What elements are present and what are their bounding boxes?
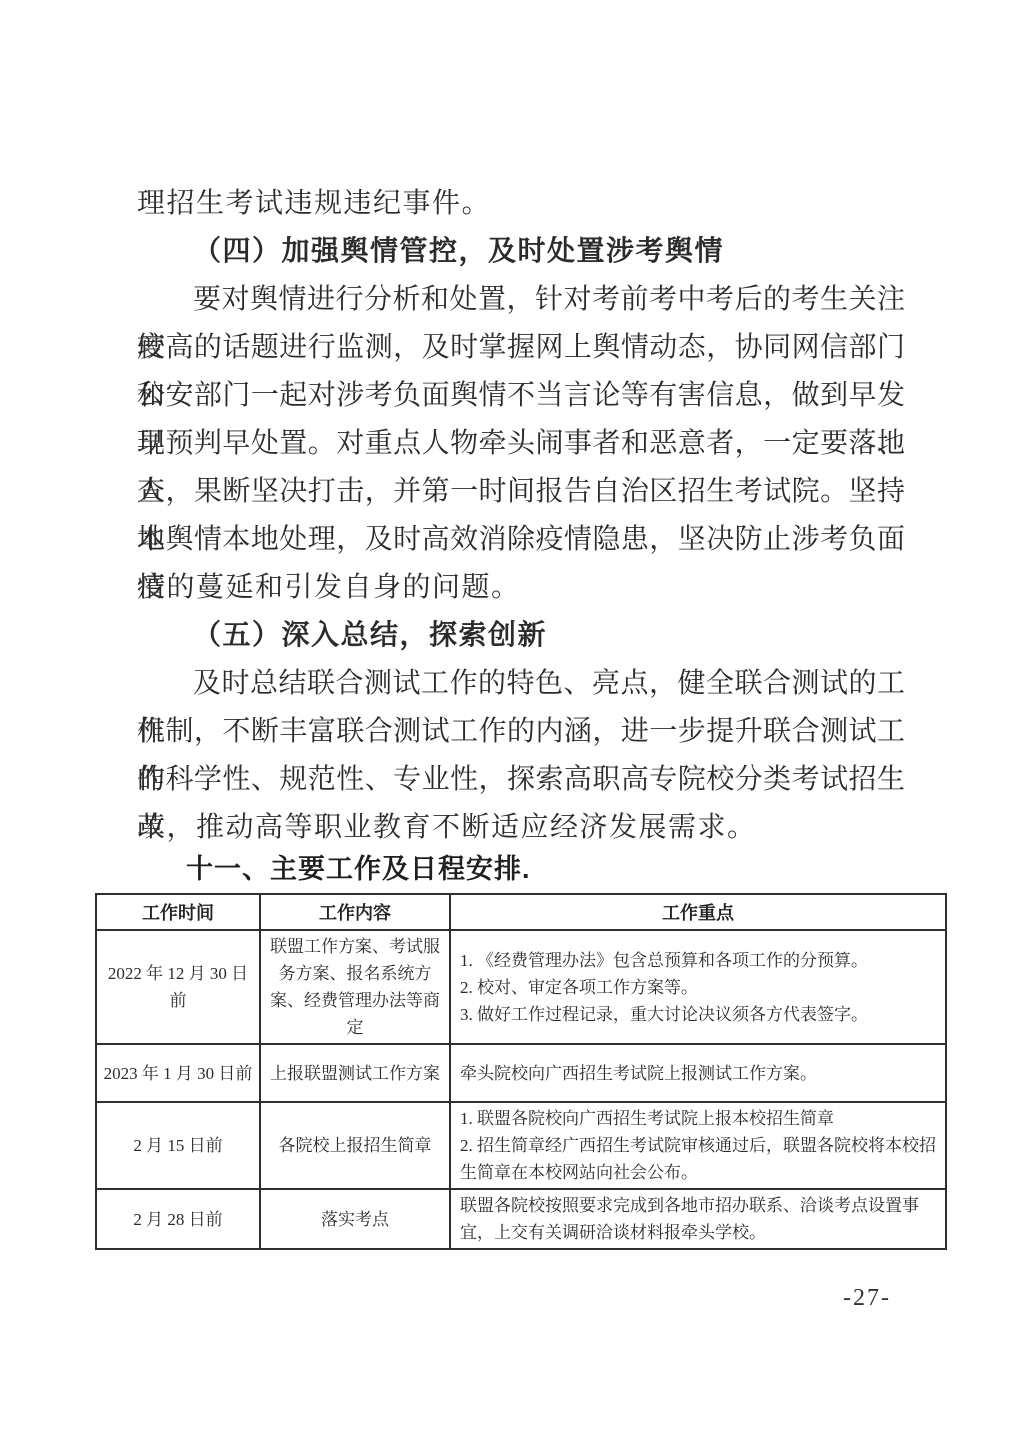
work-point-line: 1. 《经费管理办法》包含总预算和各项工作的分预算。 bbox=[460, 947, 937, 974]
work-point-line: 2. 校对、审定各项工作方案等。 bbox=[460, 974, 937, 1001]
text-line: 理招生考试违规违纪事件。 bbox=[137, 180, 905, 228]
text-line: 人，果断坚决打击，并第一时间报告自治区招生考试院。坚持本 bbox=[137, 468, 905, 516]
work-point-line: 联盟各院校按照要求完成到各地市招办联系、洽谈考点设置事宜，上交有关调研洽谈材料报… bbox=[460, 1192, 937, 1246]
cell-work-content: 各院校上报招生简章 bbox=[260, 1102, 450, 1189]
table-row: 2 月 28 日前落实考点联盟各院校按照要求完成到各地市招办联系、洽谈考点设置事… bbox=[96, 1189, 946, 1249]
cell-work-content: 上报联盟测试工作方案 bbox=[260, 1044, 450, 1102]
text-line: 公安部门一起对涉考负面舆情不当言论等有害信息，做到早发现、 bbox=[137, 372, 905, 420]
text-line: 机制，不断丰富联合测试工作的内涵，进一步提升联合测试工作 bbox=[137, 708, 905, 756]
cell-work-points: 1. 联盟各院校向广西招生考试院上报本校招生简章2. 招生简章经广西招生考试院审… bbox=[450, 1102, 946, 1189]
text-line: 情的蔓延和引发自身的问题。 bbox=[137, 564, 905, 612]
cell-work-points: 1. 《经费管理办法》包含总预算和各项工作的分预算。2. 校对、审定各项工作方案… bbox=[450, 930, 946, 1044]
text-line: 及时总结联合测试工作的特色、亮点，健全联合测试的工作 bbox=[137, 660, 905, 708]
table-row: 2022 年 12 月 30 日前联盟工作方案、考试服务方案、报名系统方案、经费… bbox=[96, 930, 946, 1044]
cell-work-points: 牵头院校向广西招生考试院上报测试工作方案。 bbox=[450, 1044, 946, 1102]
work-point-line: 2. 招生简章经广西招生考试院审核通过后，联盟各院校将本校招生简章在本校网站向社… bbox=[460, 1132, 937, 1186]
section-title: 十一、主要工作及日程安排. bbox=[186, 849, 531, 889]
table-header-cell: 工作时间 bbox=[96, 894, 260, 930]
table-row: 2 月 15 日前各院校上报招生简章1. 联盟各院校向广西招生考试院上报本校招生… bbox=[96, 1102, 946, 1189]
table-header-row: 工作时间工作内容工作重点 bbox=[96, 894, 946, 930]
text-line: 革，推动高等职业教育不断适应经济发展需求。 bbox=[137, 804, 905, 852]
cell-work-content: 落实考点 bbox=[260, 1189, 450, 1249]
table-header-cell: 工作重点 bbox=[450, 894, 946, 930]
text-line: 的科学性、规范性、专业性，探索高职高专院校分类考试招生改 bbox=[137, 756, 905, 804]
cell-work-time: 2 月 28 日前 bbox=[96, 1189, 260, 1249]
cell-work-time: 2023 年 1 月 30 日前 bbox=[96, 1044, 260, 1102]
subsection-heading: （四）加强舆情管控，及时处置涉考舆情 bbox=[137, 228, 905, 276]
text-line: 较高的话题进行监测，及时掌握网上舆情动态，协同网信部门和 bbox=[137, 324, 905, 372]
work-point-line: 1. 联盟各院校向广西招生考试院上报本校招生简章 bbox=[460, 1105, 937, 1132]
table-row: 2023 年 1 月 30 日前上报联盟测试工作方案牵头院校向广西招生考试院上报… bbox=[96, 1044, 946, 1102]
table-header-cell: 工作内容 bbox=[260, 894, 450, 930]
subsection-heading: （五）深入总结，探索创新 bbox=[137, 612, 905, 660]
cell-work-content: 联盟工作方案、考试服务方案、报名系统方案、经费管理办法等商定 bbox=[260, 930, 450, 1044]
cell-work-time: 2022 年 12 月 30 日前 bbox=[96, 930, 260, 1044]
text-line: 要对舆情进行分析和处置，针对考前考中考后的考生关注度 bbox=[137, 276, 905, 324]
schedule-table-header: 工作时间工作内容工作重点 bbox=[96, 894, 946, 930]
page-number: -27- bbox=[843, 1285, 891, 1312]
work-point-line: 3. 做好工作过程记录，重大讨论决议须各方代表签字。 bbox=[460, 1001, 937, 1028]
work-point-line: 牵头院校向广西招生考试院上报测试工作方案。 bbox=[460, 1060, 937, 1087]
body-text: 理招生考试违规违纪事件。（四）加强舆情管控，及时处置涉考舆情要对舆情进行分析和处… bbox=[137, 180, 905, 852]
document-page: 理招生考试违规违纪事件。（四）加强舆情管控，及时处置涉考舆情要对舆情进行分析和处… bbox=[0, 0, 1024, 1448]
text-line: 地舆情本地处理，及时高效消除疫情隐患，坚决防止涉考负面疫 bbox=[137, 516, 905, 564]
text-line: 早预判早处置。对重点人物牵头闹事者和恶意者，一定要落地查 bbox=[137, 420, 905, 468]
cell-work-time: 2 月 15 日前 bbox=[96, 1102, 260, 1189]
schedule-table: 工作时间工作内容工作重点 2022 年 12 月 30 日前联盟工作方案、考试服… bbox=[95, 893, 947, 1250]
cell-work-points: 联盟各院校按照要求完成到各地市招办联系、洽谈考点设置事宜，上交有关调研洽谈材料报… bbox=[450, 1189, 946, 1249]
schedule-table-body: 2022 年 12 月 30 日前联盟工作方案、考试服务方案、报名系统方案、经费… bbox=[96, 930, 946, 1249]
